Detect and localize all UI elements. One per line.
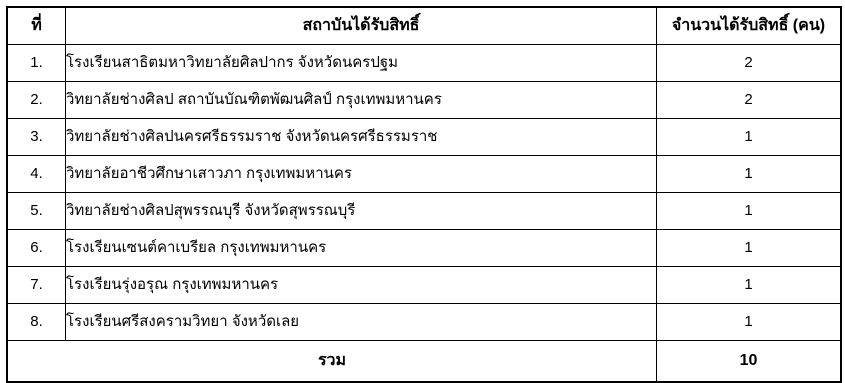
table-row: 8. โรงเรียนศรีสงครามวิทยา จังหวัดเลย 1 xyxy=(7,304,841,341)
table-body: 1. โรงเรียนสาธิตมหาวิทยาลัยศิลปากร จังหว… xyxy=(7,45,841,341)
row-number: 4. xyxy=(7,156,66,193)
rights-count: 1 xyxy=(657,119,842,156)
institution-name: วิทยาลัยอาชีวศึกษาเสาวภา กรุงเทพมหานคร xyxy=(66,156,657,193)
rights-count: 1 xyxy=(657,267,842,304)
header-row: ที่ สถาบันได้รับสิทธิ์ จำนวนได้รับสิทธิ์… xyxy=(7,7,841,45)
rights-count: 2 xyxy=(657,45,842,82)
institution-name: วิทยาลัยช่างศิลปนครศรีธรรมราช จังหวัดนคร… xyxy=(66,119,657,156)
total-count: 10 xyxy=(657,341,842,377)
table-row: 1. โรงเรียนสาธิตมหาวิทยาลัยศิลปากร จังหว… xyxy=(7,45,841,82)
table-row: 3. วิทยาลัยช่างศิลปนครศรีธรรมราช จังหวัด… xyxy=(7,119,841,156)
rights-count: 1 xyxy=(657,304,842,341)
total-row: รวม 10 xyxy=(7,341,841,377)
rights-count: 1 xyxy=(657,193,842,230)
header-rights-count: จำนวนได้รับสิทธิ์ (คน) xyxy=(657,7,842,45)
table-row: 4. วิทยาลัยอาชีวศึกษาเสาวภา กรุงเทพมหานค… xyxy=(7,156,841,193)
table-row: 6. โรงเรียนเซนต์คาเบรียล กรุงเทพมหานคร 1 xyxy=(7,230,841,267)
rights-count: 1 xyxy=(657,156,842,193)
table-row: 5. วิทยาลัยช่างศิลปสุพรรณบุรี จังหวัดสุพ… xyxy=(7,193,841,230)
table-row: 7. โรงเรียนรุ่งอรุณ กรุงเทพมหานคร 1 xyxy=(7,267,841,304)
rights-count: 2 xyxy=(657,82,842,119)
document-page: ที่ สถาบันได้รับสิทธิ์ จำนวนได้รับสิทธิ์… xyxy=(6,6,840,376)
row-number: 2. xyxy=(7,82,66,119)
row-number: 5. xyxy=(7,193,66,230)
table-row: 2. วิทยาลัยช่างศิลป สถาบันบัณฑิตพัฒนศิลป… xyxy=(7,82,841,119)
row-number: 6. xyxy=(7,230,66,267)
header-row-number: ที่ xyxy=(7,7,66,45)
row-number: 7. xyxy=(7,267,66,304)
institution-name: โรงเรียนสาธิตมหาวิทยาลัยศิลปากร จังหวัดน… xyxy=(66,45,657,82)
rights-table: ที่ สถาบันได้รับสิทธิ์ จำนวนได้รับสิทธิ์… xyxy=(6,6,842,376)
institution-name: วิทยาลัยช่างศิลป สถาบันบัณฑิตพัฒนศิลป์ ก… xyxy=(66,82,657,119)
total-label: รวม xyxy=(7,341,657,377)
row-number: 8. xyxy=(7,304,66,341)
row-number: 3. xyxy=(7,119,66,156)
institution-name: โรงเรียนรุ่งอรุณ กรุงเทพมหานคร xyxy=(66,267,657,304)
rights-count: 1 xyxy=(657,230,842,267)
institution-name: โรงเรียนเซนต์คาเบรียล กรุงเทพมหานคร xyxy=(66,230,657,267)
row-number: 1. xyxy=(7,45,66,82)
header-institution: สถาบันได้รับสิทธิ์ xyxy=(66,7,657,45)
institution-name: โรงเรียนศรีสงครามวิทยา จังหวัดเลย xyxy=(66,304,657,341)
institution-name: วิทยาลัยช่างศิลปสุพรรณบุรี จังหวัดสุพรรณ… xyxy=(66,193,657,230)
